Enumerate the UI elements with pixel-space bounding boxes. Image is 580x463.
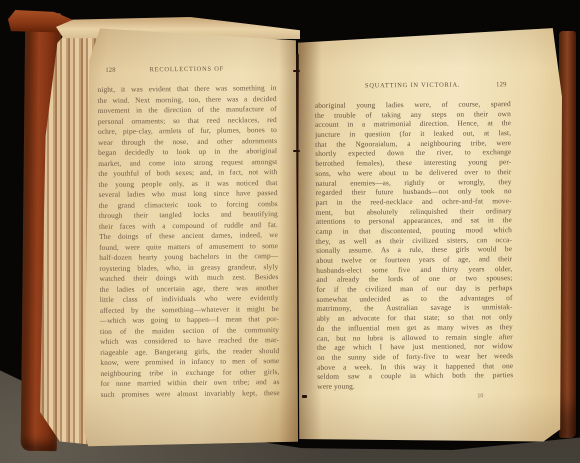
left-body-text: night, it was evident that there was som… xyxy=(97,83,279,400)
right-page-text: SQUATTING IN VICTORIA. 129 aboriginal yo… xyxy=(315,81,514,400)
left-page-number: 128 xyxy=(105,67,116,74)
left-page-text: 128 RECOLLECTIONS OF night, it was evide… xyxy=(97,65,279,400)
text-line: such promises were almost invariably kep… xyxy=(101,388,280,400)
stitch-mark xyxy=(293,150,300,152)
stitch-mark xyxy=(302,395,307,398)
book-cover-right-edge xyxy=(559,31,576,438)
text-line: seldom saw a couple in which both the pa… xyxy=(317,370,513,381)
right-page-number: 129 xyxy=(496,81,507,88)
text-line: were young. xyxy=(317,380,513,391)
left-page: 128 RECOLLECTIONS OF night, it was evide… xyxy=(84,22,298,448)
stitch-mark xyxy=(293,70,300,72)
right-running-head: SQUATTING IN VICTORIA. 129 xyxy=(315,81,511,94)
left-running-head: 128 RECOLLECTIONS OF xyxy=(97,65,276,78)
right-body-text: aboriginal young ladies were, of course,… xyxy=(315,99,514,391)
right-running-header-title: SQUATTING IN VICTORIA. xyxy=(315,81,511,90)
right-page: SQUATTING IN VICTORIA. 129 aboriginal yo… xyxy=(298,26,562,444)
signature-mark: 10 xyxy=(317,393,513,401)
left-running-header-title: RECOLLECTIONS OF xyxy=(97,65,276,74)
binding-thread xyxy=(296,54,299,240)
book-photograph: 128 RECOLLECTIONS OF night, it was evide… xyxy=(0,0,580,463)
